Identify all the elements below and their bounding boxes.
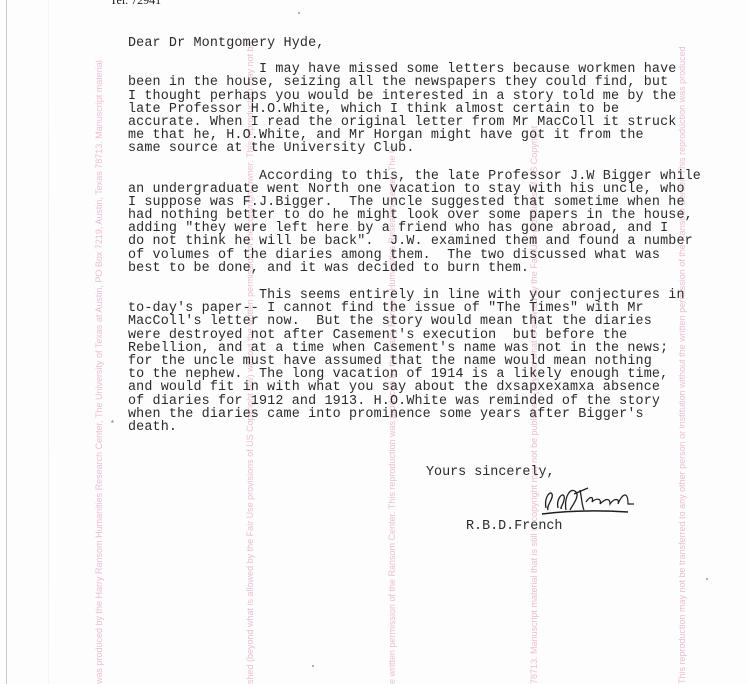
closing: Yours sincerely, (426, 465, 555, 480)
letter-line: I thought perhaps you would be intereste… (128, 90, 728, 103)
margin-asterisk-mark: * (110, 420, 115, 429)
letter-line: death. (128, 421, 728, 434)
signer-name: R.B.D.French (466, 519, 562, 534)
page-edge (6, 0, 7, 684)
letter-line: late Professor H.O.White, which I think … (128, 103, 728, 116)
paragraph: This seems entirely in line with your co… (128, 289, 728, 434)
scanned-letter-page: was produced by the Harry Ransom Humanit… (0, 0, 748, 684)
letter-line: when the diaries came into prominence so… (128, 408, 728, 421)
scan-speck (298, 12, 300, 14)
letter-line: Rebellion, and at a time when Casement's… (128, 342, 728, 355)
paragraph: According to this, the late Professor J.… (128, 170, 728, 276)
letter-line: do not think he will be back". J.W. exam… (128, 235, 728, 248)
letter-line: and would fit in with what you say about… (128, 381, 728, 394)
scan-speck (312, 665, 314, 667)
letter-line: same source at the University Club. (128, 142, 728, 155)
letter-line: best to be done, and it was decided to b… (128, 262, 728, 275)
scan-speck (706, 578, 708, 580)
letter-line: were destroyed not after Casement's exec… (128, 329, 728, 342)
telephone-header: Tel. 72941 (110, 0, 161, 8)
letter-line: an undergraduate went North one vacation… (128, 183, 728, 196)
letter-line: According to this, the late Professor J.… (128, 170, 728, 183)
paragraph: I may have missed some letters because w… (128, 63, 728, 155)
letter-line: of volumes of the diaries among them. Th… (128, 249, 728, 262)
letter-body: Dear Dr Montgomery Hyde, I may have miss… (128, 37, 728, 448)
letter-line: been in the house, seizing all the newsp… (128, 76, 728, 89)
scan-fold-line (48, 0, 49, 684)
letter-line: of diaries for 1912 and 1913. H.O.White … (128, 395, 728, 408)
copyright-watermark: was produced by the Harry Ransom Humanit… (94, 60, 104, 684)
salutation: Dear Dr Montgomery Hyde, (128, 37, 728, 50)
handwritten-signature-icon (536, 480, 656, 520)
letter-line: MacColl's letter now. But the story woul… (128, 315, 728, 328)
